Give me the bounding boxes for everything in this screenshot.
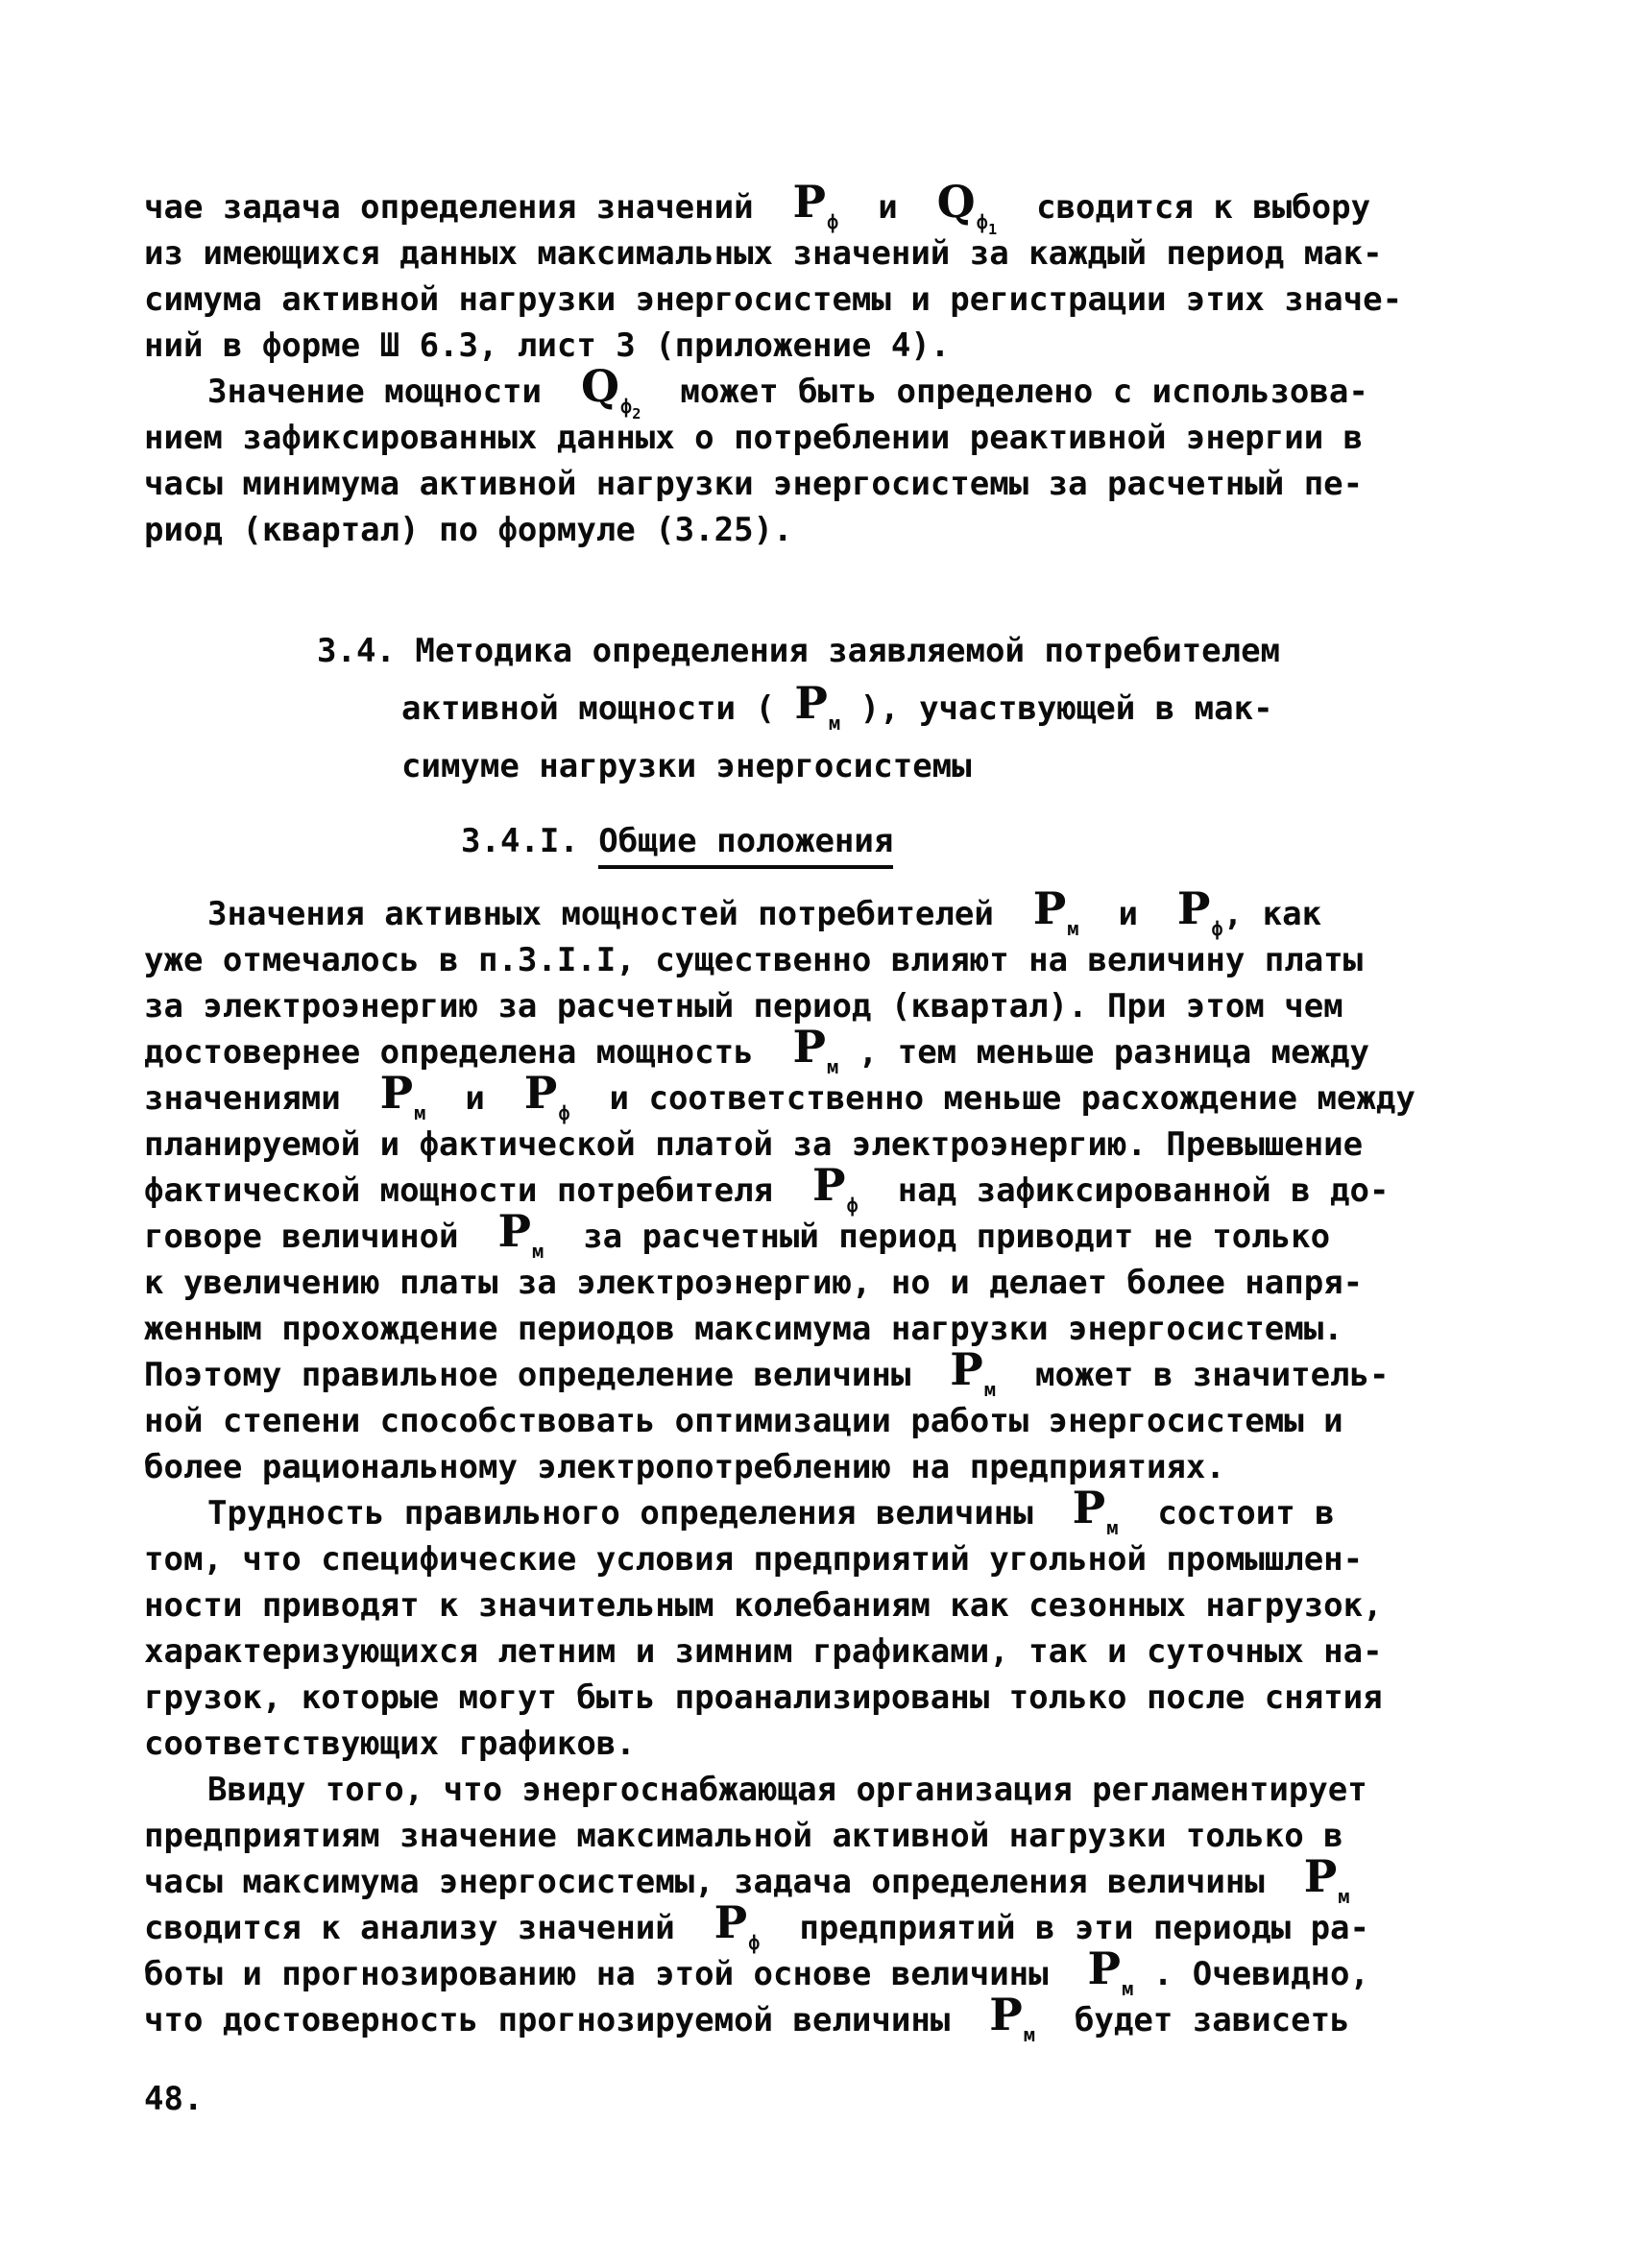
- text-line: активной мощности ( Рм ), участвующей в …: [401, 680, 1522, 737]
- text-line: Ввиду того, что энергоснабжающая организ…: [144, 1767, 1522, 1813]
- formula-symbol: Рф: [714, 1909, 761, 1947]
- text-line: Поэтому правильное определение величины …: [144, 1352, 1522, 1398]
- formula-symbol: Рм: [1304, 1863, 1350, 1901]
- formula-symbol: Qф1: [937, 188, 997, 227]
- text-line: нием зафиксированных данных о потреблени…: [144, 415, 1522, 461]
- formula-symbol: Рм: [989, 2001, 1035, 2039]
- text-line: боты и прогнозированию на этой основе ве…: [144, 1951, 1522, 1997]
- text-line: более рациональному электропотреблению н…: [144, 1444, 1522, 1490]
- paragraph: Ввиду того, что энергоснабжающая организ…: [144, 1767, 1522, 2043]
- text-line: фактической мощности потребителя Рф над …: [144, 1168, 1522, 1214]
- formula-symbol: Рф: [812, 1171, 859, 1210]
- text-line: ний в форме Ш 6.3, лист 3 (приложение 4)…: [144, 323, 1522, 369]
- paragraph: чае задача определения значений Рф и Qф1…: [144, 184, 1522, 369]
- text-line: характеризующихся летним и зимним график…: [144, 1629, 1522, 1675]
- text-line: 3.4.I. Общие положения: [461, 814, 1522, 868]
- paragraph: Трудность правильного определения величи…: [144, 1490, 1522, 1767]
- text-line: том, что специфические условия предприят…: [144, 1536, 1522, 1582]
- text-line: симума активной нагрузки энергосистемы и…: [144, 277, 1522, 323]
- formula-symbol: Рм: [793, 1033, 839, 1072]
- formula-symbol: Qф2: [581, 373, 641, 411]
- section-heading: 3.4. Методика определения заявляемой пот…: [317, 622, 1522, 795]
- formula-symbol: Рф: [524, 1079, 570, 1118]
- document-page: чае задача определения значений Рф и Qф1…: [0, 0, 1645, 2268]
- document-body: чае задача определения значений Рф и Qф1…: [144, 184, 1522, 2043]
- formula-symbol: Рм: [497, 1218, 544, 1256]
- text-line: значениями Рм и Рф и соответственно мень…: [144, 1075, 1522, 1122]
- formula-symbol: Рм: [950, 1356, 996, 1394]
- text-line: к увеличению платы за электроэнергию, но…: [144, 1260, 1522, 1306]
- text-line: грузок, которые могут быть проанализиров…: [144, 1675, 1522, 1721]
- text-line: риод (квартал) по формуле (3.25).: [144, 507, 1522, 553]
- text-line: 3.4. Методика определения заявляемой пот…: [317, 622, 1522, 680]
- subsection-number: 3.4.I.: [461, 822, 598, 860]
- text-line: женным прохождение периодов максимума на…: [144, 1306, 1522, 1352]
- text-line: говоре величиной Рм за расчетный период …: [144, 1214, 1522, 1260]
- text-line: ности приводят к значительным колебаниям…: [144, 1582, 1522, 1629]
- text-line: за электроэнергию за расчетный период (к…: [144, 983, 1522, 1029]
- text-line: Значения активных мощностей потребителей…: [144, 891, 1522, 937]
- formula-symbol: Рм: [380, 1079, 426, 1118]
- formula-symbol: Рм: [1088, 1955, 1134, 1993]
- subsection-heading: 3.4.I. Общие положения: [461, 814, 1522, 868]
- formula-symbol: Рф: [793, 188, 839, 227]
- text-line: ной степени способствовать оптимизации р…: [144, 1398, 1522, 1444]
- text-line: соответствующих графиков.: [144, 1721, 1522, 1767]
- paragraph: Значение мощности Qф2 может быть определ…: [144, 369, 1522, 553]
- text-line: что достоверность прогнозируемой величин…: [144, 1997, 1522, 2043]
- text-line: из имеющихся данных максимальных значени…: [144, 230, 1522, 277]
- page-number: 48.: [144, 2076, 1522, 2122]
- text-line: симуме нагрузки энергосистемы: [401, 737, 1522, 795]
- text-line: Значение мощности Qф2 может быть определ…: [144, 369, 1522, 415]
- formula-symbol: Рм: [1073, 1494, 1119, 1532]
- text-line: уже отмечалось в п.3.I.I, существенно вл…: [144, 937, 1522, 983]
- formula-symbol: Рм: [1033, 895, 1079, 933]
- paragraph: Значения активных мощностей потребителей…: [144, 891, 1522, 1490]
- subsection-title: Общие положения: [598, 822, 893, 869]
- text-line: Трудность правильного определения величи…: [144, 1490, 1522, 1536]
- text-line: сводится к анализу значений Рф предприят…: [144, 1905, 1522, 1951]
- text-line: достовернее определена мощность Рм , тем…: [144, 1029, 1522, 1075]
- formula-symbol: Рф: [1177, 895, 1223, 933]
- text-line: часы минимума активной нагрузки энергоси…: [144, 461, 1522, 507]
- text-line: чае задача определения значений Рф и Qф1…: [144, 184, 1522, 230]
- text-line: часы максимума энергосистемы, задача опр…: [144, 1859, 1522, 1905]
- formula-symbol: Рм: [794, 689, 840, 728]
